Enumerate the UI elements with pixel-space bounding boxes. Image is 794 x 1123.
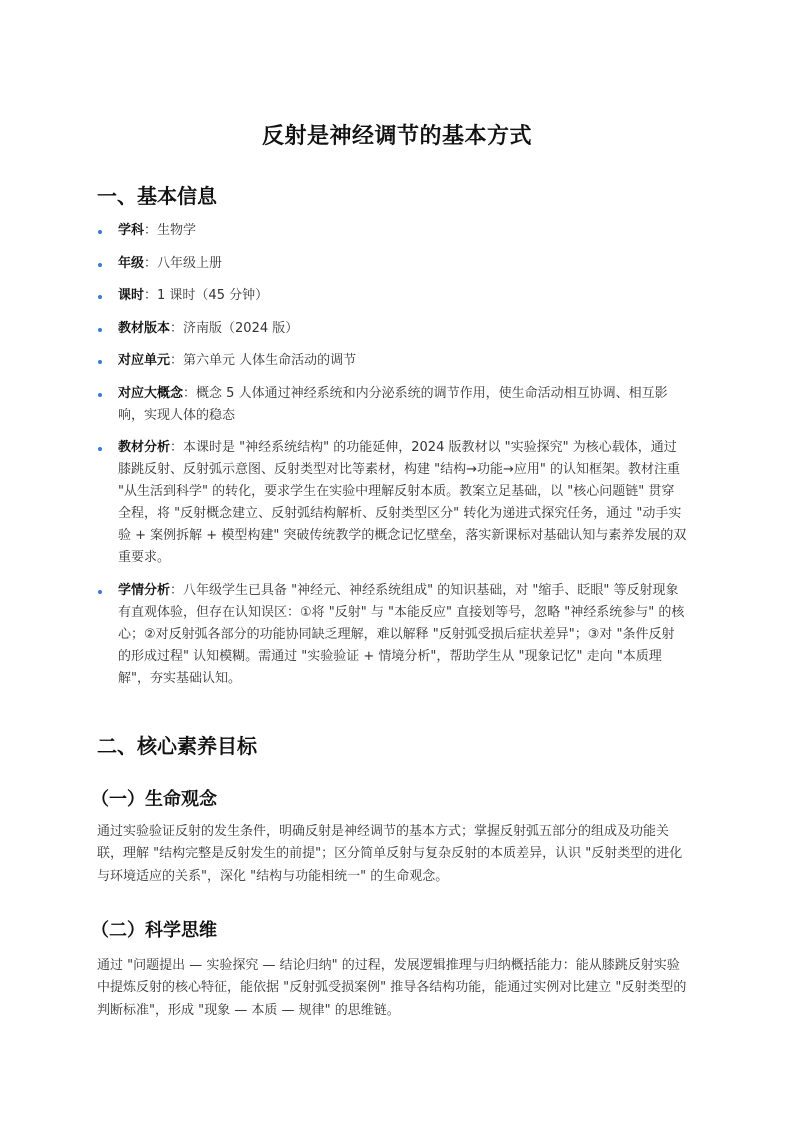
info-label: 学情分析 — [118, 583, 170, 598]
document-title: 反射是神经调节的基本方式 — [97, 119, 697, 150]
info-item-grade: 年级：八年级上册 — [97, 253, 687, 275]
section-heading-core-literacy: 二、核心素养目标 — [97, 730, 257, 759]
info-label: 课时 — [118, 288, 144, 303]
bullet-icon — [98, 360, 102, 364]
bullet-icon — [98, 447, 102, 451]
bullet-icon — [98, 590, 102, 594]
info-sep: ： — [170, 583, 183, 598]
section-heading-basic-info: 一、基本信息 — [97, 180, 217, 209]
bullet-icon — [98, 328, 102, 332]
info-label: 对应单元 — [118, 353, 170, 368]
info-sep: ： — [170, 353, 183, 368]
info-item-unit: 对应单元：第六单元 人体生命活动的调节 — [97, 350, 687, 372]
basic-info-list: 学科：生物学 年级：八年级上册 课时：1 课时（45 分钟） 教材版本：济南版（… — [97, 220, 687, 700]
bullet-icon — [98, 263, 102, 267]
info-sep: ： — [144, 256, 157, 271]
info-value: 八年级学生已具备 "神经元、神经系统组成" 的知识基础，对 "缩手、眨眼" 等反… — [118, 583, 684, 686]
info-sep: ： — [183, 386, 196, 401]
info-sep: ： — [170, 440, 183, 455]
info-label: 年级 — [118, 256, 144, 271]
info-label: 学科 — [118, 223, 144, 238]
info-value: 生物学 — [157, 223, 196, 238]
subsection-heading-life-concept: （一）生命观念 — [91, 785, 217, 811]
info-item-textbook-analysis: 教材分析：本课时是 "神经系统结构" 的功能延伸，2024 版教材以 "实验探究… — [97, 437, 687, 569]
scientific-thinking-paragraph: 通过 "问题提出 — 实验探究 — 结论归纳" 的过程，发展逻辑推理与归纳概括能… — [97, 955, 692, 1022]
info-value: 济南版（2024 版） — [183, 321, 298, 336]
info-value: 概念 5 人体通过神经系统和内分泌系统的调节作用，使生命活动相互协调、相互影响，… — [118, 386, 668, 423]
info-label: 对应大概念 — [118, 386, 183, 401]
bullet-icon — [98, 393, 102, 397]
info-item-period: 课时：1 课时（45 分钟） — [97, 285, 687, 307]
info-item-learner-analysis: 学情分析：八年级学生已具备 "神经元、神经系统组成" 的知识基础，对 "缩手、眨… — [97, 580, 687, 690]
info-sep: ： — [144, 288, 157, 303]
info-item-textbook-edition: 教材版本：济南版（2024 版） — [97, 318, 687, 340]
subsection-heading-scientific-thinking: （二）科学思维 — [91, 916, 217, 942]
info-item-big-concept: 对应大概念：概念 5 人体通过神经系统和内分泌系统的调节作用，使生命活动相互协调… — [97, 383, 687, 427]
info-label: 教材分析 — [118, 440, 170, 455]
info-value: 本课时是 "神经系统结构" 的功能延伸，2024 版教材以 "实验探究" 为核心… — [118, 440, 686, 565]
info-label: 教材版本 — [118, 321, 170, 336]
info-sep: ： — [170, 321, 183, 336]
bullet-icon — [98, 230, 102, 234]
info-value: 八年级上册 — [157, 256, 222, 271]
bullet-icon — [98, 295, 102, 299]
info-value: 第六单元 人体生命活动的调节 — [183, 353, 356, 368]
info-value: 1 课时（45 分钟） — [157, 288, 268, 303]
info-sep: ： — [144, 223, 157, 238]
life-concept-paragraph: 通过实验验证反射的发生条件，明确反射是神经调节的基本方式；掌握反射弧五部分的组成… — [97, 821, 692, 888]
info-item-subject: 学科：生物学 — [97, 220, 687, 242]
